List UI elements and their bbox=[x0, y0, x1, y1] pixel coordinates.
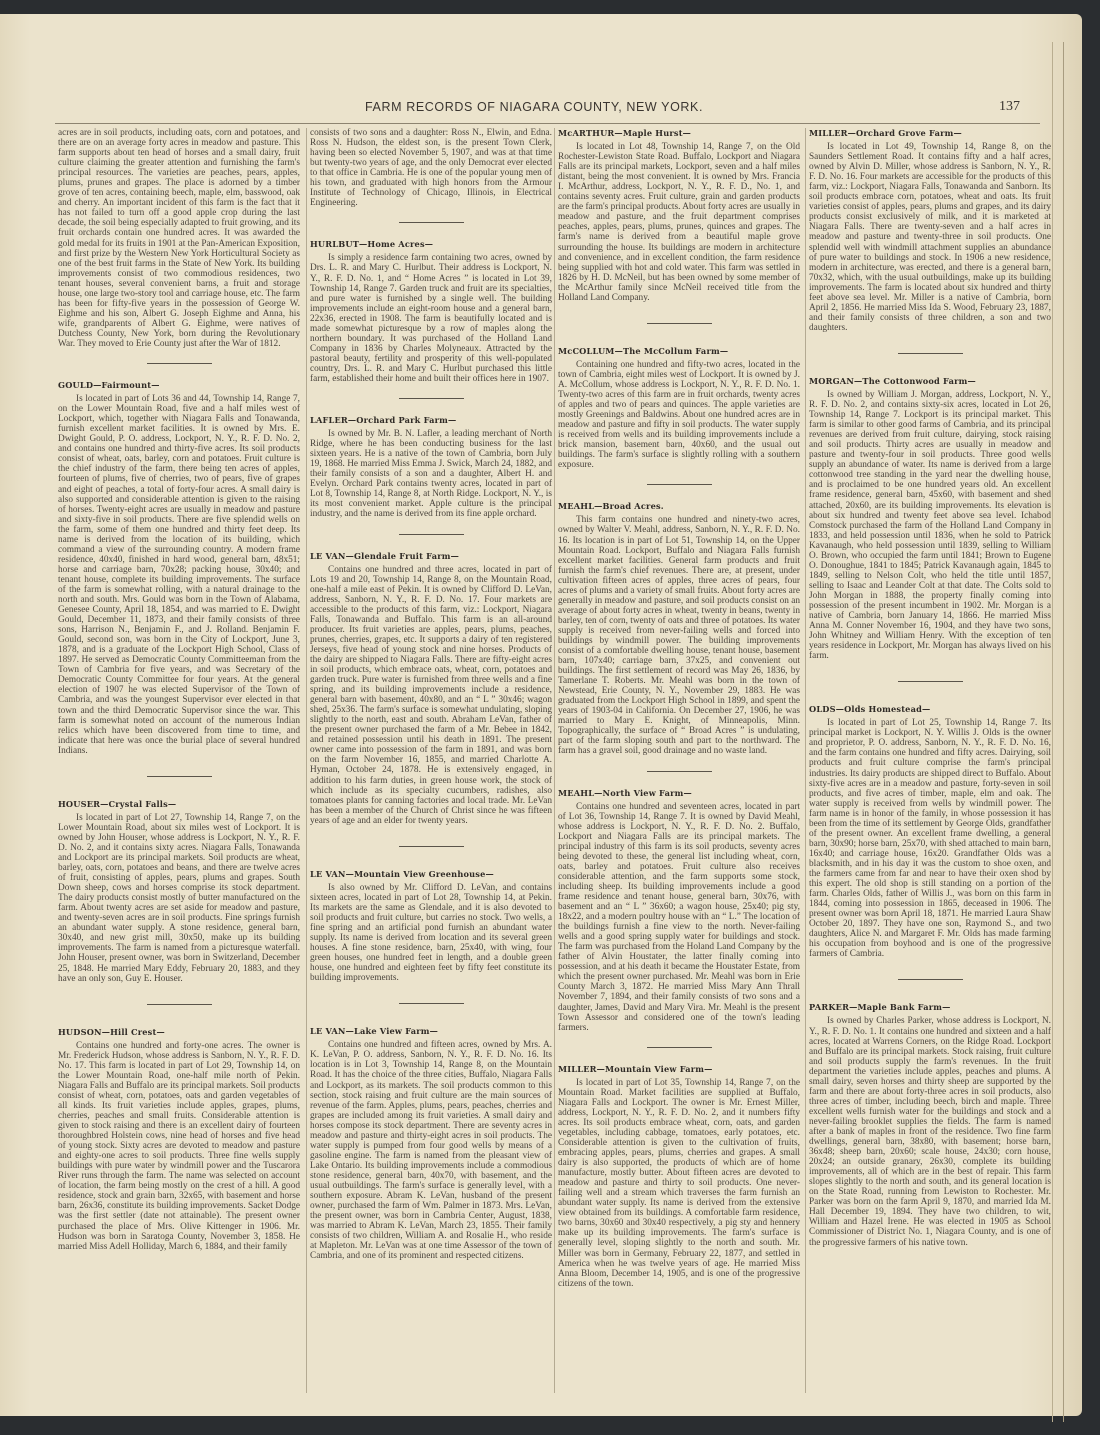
entry-body: Contains one hundred and fifteen acres, … bbox=[310, 1040, 552, 1261]
farm-entry-levan-greenhouse: LE VAN—Mountain View Greenhouse— Is also… bbox=[310, 869, 552, 984]
entry-body: Is simply a residence farm containing tw… bbox=[310, 253, 552, 384]
farm-entry-hudson: HUDSON—Hill Crest— Contains one hundred … bbox=[58, 1027, 300, 1252]
entry-heading: MEAHL—North View Farm— bbox=[558, 788, 800, 798]
entry-heading: MORGAN—The Cottonwood Farm— bbox=[809, 376, 1051, 386]
section-divider bbox=[647, 484, 712, 485]
section-divider bbox=[898, 979, 963, 980]
entry-heading: LE VAN—Lake View Farm— bbox=[310, 1026, 552, 1036]
entry-heading: LAFLER—Orchard Park Farm— bbox=[310, 415, 552, 425]
section-divider bbox=[147, 1004, 212, 1005]
section-divider bbox=[399, 1003, 464, 1004]
entry-body: Is owned by William J. Morgan, address, … bbox=[809, 390, 1051, 661]
section-divider bbox=[399, 222, 464, 223]
entry-heading: MILLER—Mountain View Farm— bbox=[558, 1064, 800, 1074]
entry-body: acres are in soil products, including oa… bbox=[58, 128, 300, 349]
entry-heading: MEAHL—Broad Acres. bbox=[558, 501, 800, 511]
section-divider bbox=[647, 323, 712, 324]
text-column-3: McARTHUR—Maple Hurst— Is located in Lot … bbox=[558, 128, 800, 1289]
farm-entry-lafler: LAFLER—Orchard Park Farm— Is owned by Mr… bbox=[310, 415, 552, 519]
section-divider bbox=[898, 353, 963, 354]
farm-entry-meahl-broad-acres: MEAHL—Broad Acres. This farm contains on… bbox=[558, 501, 800, 756]
page-binding-edge bbox=[1052, 42, 1064, 1422]
entry-body: Is owned by Charles Parker, whose addres… bbox=[809, 1016, 1051, 1247]
farm-entry-parker: PARKER—Maple Bank Farm— Is owned by Char… bbox=[809, 1002, 1051, 1247]
farm-entry-continued: consists of two sons and a daughter: Ros… bbox=[310, 128, 552, 208]
column-rule bbox=[554, 128, 555, 1393]
running-header: FARM RECORDS OF NIAGARA COUNTY, NEW YORK… bbox=[55, 98, 1055, 122]
section-divider bbox=[647, 771, 712, 772]
farm-entry-mcarthur: McARTHUR—Maple Hurst— Is located in Lot … bbox=[558, 128, 800, 303]
entry-heading: HOUSER—Crystal Falls— bbox=[58, 799, 300, 809]
section-divider bbox=[399, 398, 464, 399]
entry-body: Is also owned by Mr. Clifford D. LeVan, … bbox=[310, 883, 552, 983]
entry-heading: McCOLLUM—The McCollum Farm— bbox=[558, 346, 800, 356]
farm-entry-olds: OLDS—Olds Homestead— Is located in part … bbox=[809, 704, 1051, 959]
entry-body: Is located in part of Lot 25, Township 1… bbox=[809, 718, 1051, 959]
section-divider bbox=[647, 1047, 712, 1048]
farm-entry-gould: GOULD—Fairmount— Is located in part of L… bbox=[58, 380, 300, 756]
section-divider bbox=[399, 846, 464, 847]
entry-body: consists of two sons and a daughter: Ros… bbox=[310, 128, 552, 208]
text-column-1: acres are in soil products, including oa… bbox=[58, 128, 300, 1252]
entry-body: Is located in Lot 49, Township 14, Range… bbox=[809, 142, 1051, 333]
farm-entry-levan-glendale: LE VAN—Glendale Fruit Farm— Contains one… bbox=[310, 551, 552, 826]
entry-body: This farm contains one hundred and ninet… bbox=[558, 515, 800, 756]
section-divider bbox=[147, 363, 212, 364]
farm-entry-meahl-north-view: MEAHL—North View Farm— Contains one hund… bbox=[558, 788, 800, 1033]
entry-heading: GOULD—Fairmount— bbox=[58, 380, 300, 390]
header-rule bbox=[55, 123, 1040, 124]
entry-body: Is located in part of Lot 35, Township 1… bbox=[558, 1078, 800, 1289]
running-header-title: FARM RECORDS OF NIAGARA COUNTY, NEW YORK… bbox=[365, 100, 703, 114]
section-divider bbox=[147, 776, 212, 777]
entry-heading: LE VAN—Mountain View Greenhouse— bbox=[310, 869, 552, 879]
column-rule bbox=[306, 128, 307, 1393]
entry-heading: LE VAN—Glendale Fruit Farm— bbox=[310, 551, 552, 561]
section-divider bbox=[399, 534, 464, 535]
entry-body: Containing one hundred and fifty-two acr… bbox=[558, 360, 800, 471]
farm-entry-morgan: MORGAN—The Cottonwood Farm— Is owned by … bbox=[809, 376, 1051, 661]
entry-body: Is located in part of Lot 27, Township 1… bbox=[58, 813, 300, 984]
entry-body: Contains one hundred and three acres, lo… bbox=[310, 565, 552, 826]
farm-entry-continued: acres are in soil products, including oa… bbox=[58, 128, 300, 349]
entry-heading: McARTHUR—Maple Hurst— bbox=[558, 128, 800, 138]
entry-body: Is located in Lot 48, Township 14, Range… bbox=[558, 142, 800, 303]
entry-body: Contains one hundred and seventeen acres… bbox=[558, 802, 800, 1033]
entry-body: Is owned by Mr. B. N. Lafler, a leading … bbox=[310, 429, 552, 519]
text-column-4: MILLER—Orchard Grove Farm— Is located in… bbox=[809, 128, 1051, 1248]
entry-heading: MILLER—Orchard Grove Farm— bbox=[809, 128, 1051, 138]
farm-entry-houser: HOUSER—Crystal Falls— Is located in part… bbox=[58, 799, 300, 984]
page-number: 137 bbox=[999, 99, 1020, 115]
farm-entry-hurlbut: HURLBUT—Home Acres— Is simply a residenc… bbox=[310, 239, 552, 384]
entry-heading: PARKER—Maple Bank Farm— bbox=[809, 1002, 1051, 1012]
farm-entry-miller-mountain-view: MILLER—Mountain View Farm— Is located in… bbox=[558, 1064, 800, 1289]
entry-body: Contains one hundred and forty-one acres… bbox=[58, 1041, 300, 1252]
entry-heading: HURLBUT—Home Acres— bbox=[310, 239, 552, 249]
text-column-2: consists of two sons and a daughter: Ros… bbox=[310, 128, 552, 1261]
farm-entry-levan-lakeview: LE VAN—Lake View Farm— Contains one hund… bbox=[310, 1026, 552, 1261]
entry-heading: HUDSON—Hill Crest— bbox=[58, 1027, 300, 1037]
column-rule bbox=[805, 128, 806, 1393]
section-divider bbox=[898, 681, 963, 682]
farm-entry-mccollum: McCOLLUM—The McCollum Farm— Containing o… bbox=[558, 346, 800, 471]
farm-entry-miller-orchard-grove: MILLER—Orchard Grove Farm— Is located in… bbox=[809, 128, 1051, 333]
entry-body: Is located in part of Lots 36 and 44, To… bbox=[58, 394, 300, 756]
entry-heading: OLDS—Olds Homestead— bbox=[809, 704, 1051, 714]
